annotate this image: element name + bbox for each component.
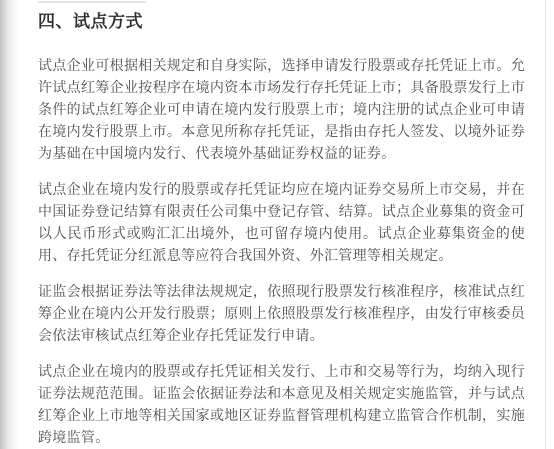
- paragraph-4: 试点企业在境内的股票或存托凭证相关发行、上市和交易等行为，均纳入现行证券法规范范…: [38, 361, 525, 449]
- left-edge-shadow: [0, 0, 18, 449]
- right-edge-divider: [545, 0, 546, 449]
- paragraph-2: 试点企业在境内发行的股票或存托凭证均应在境内证券交易所上市交易，并在中国证券登记…: [38, 179, 525, 267]
- cropped-text-remnant: [38, 1, 146, 3]
- document-page: 四、试点方式 试点企业可根据相关规定和自身实际，选择申请发行股票或存托凭证上市。…: [0, 0, 554, 449]
- article-body: 四、试点方式 试点企业可根据相关规定和自身实际，选择申请发行股票或存托凭证上市。…: [38, 10, 528, 449]
- paragraph-3: 证监会根据证券法等法律法规规定，依照现行股票发行核准程序，核准试点红筹企业在境内…: [38, 281, 525, 347]
- section-heading: 四、试点方式: [38, 10, 528, 34]
- paragraph-1: 试点企业可根据相关规定和自身实际，选择申请发行股票或存托凭证上市。允许试点红筹企…: [38, 55, 525, 165]
